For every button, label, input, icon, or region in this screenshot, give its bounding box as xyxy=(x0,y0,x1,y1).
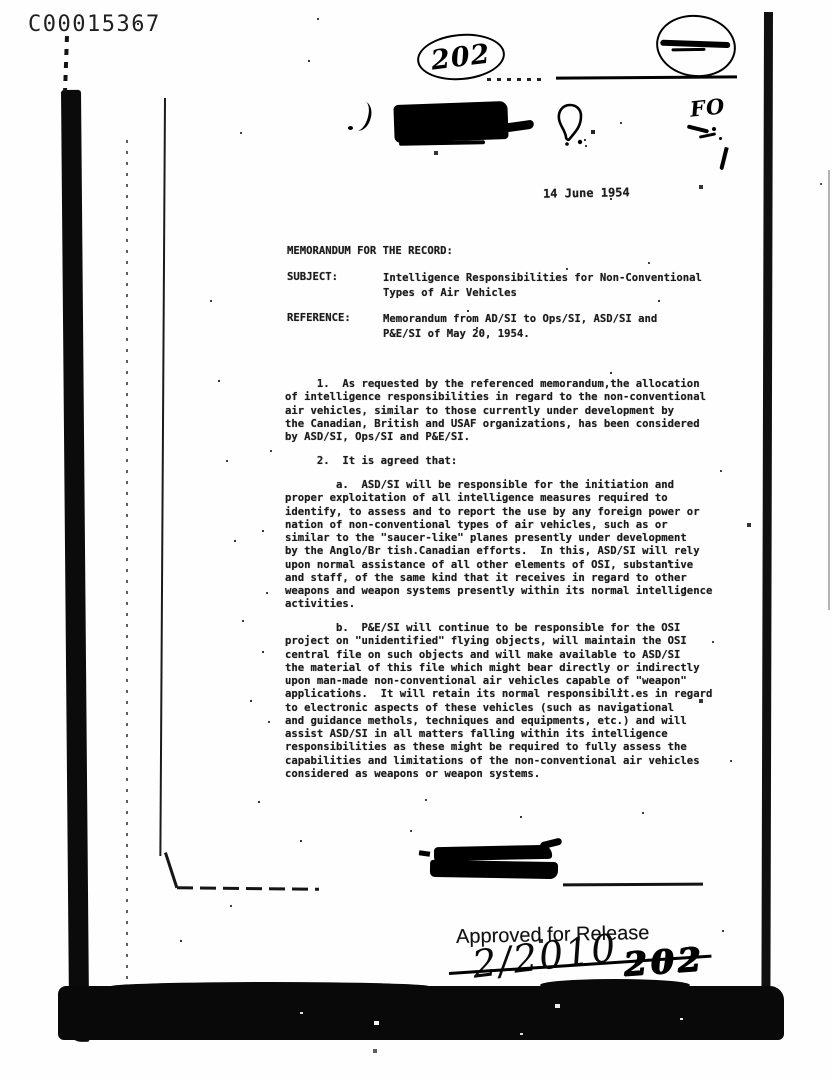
page-edge-left xyxy=(61,90,89,1042)
strike-squiggle xyxy=(671,48,705,52)
scan-bottom-bar xyxy=(58,986,784,1040)
ink-squiggle xyxy=(699,132,716,138)
paragraph-1: 1. As requested by the referenced memora… xyxy=(285,378,706,444)
memo-date: 14 June 1954 xyxy=(543,186,630,201)
scan-edge-line xyxy=(828,170,830,610)
perforation-dots xyxy=(126,140,128,1000)
paragraph-2: 2. It is agreed that: xyxy=(285,455,457,468)
strike-mark xyxy=(660,40,730,48)
subject-text: Intelligence Responsibilities for Non-Co… xyxy=(383,271,702,300)
document-id: C00015367 xyxy=(28,12,161,37)
page-edge-right xyxy=(761,12,773,990)
ink-squiggle xyxy=(687,124,709,133)
memo-heading: MEMORANDUM FOR THE RECORD: xyxy=(287,245,453,258)
crossed-out-circle-annotation xyxy=(653,10,740,81)
ink-scribble-underline xyxy=(399,140,485,146)
redaction-band xyxy=(434,845,552,861)
scanned-memo-page: C00015367 202 FO 14 June 1954 MEMORANDUM… xyxy=(0,0,833,1080)
ink-scribble-redaction xyxy=(393,101,508,143)
signature-redaction xyxy=(428,842,562,884)
page-number-text: 202 xyxy=(430,38,493,76)
fold-dash-rule xyxy=(177,886,319,890)
scan-bottom-bar-specks xyxy=(0,0,3,2)
reference-label: REFERENCE: xyxy=(287,312,351,325)
redaction-band xyxy=(430,860,558,879)
circled-page-number: 202 xyxy=(415,30,507,83)
ink-dot xyxy=(719,137,722,140)
fo-annotation: FO xyxy=(689,93,727,122)
top-right-rule xyxy=(556,75,737,79)
redaction-lead xyxy=(419,850,431,856)
redaction-spur xyxy=(539,837,562,849)
ink-dot xyxy=(712,127,716,131)
fold-line-bend xyxy=(164,852,178,888)
paragraph-2a: a. ASD/SI will be responsible for the in… xyxy=(285,479,712,612)
top-right-rule-dots xyxy=(487,78,547,81)
signature-line xyxy=(563,883,703,887)
ink-stroke xyxy=(719,147,728,170)
page-edge-left-dashes xyxy=(63,36,69,92)
reference-text: Memorandum from AD/SI to Ops/SI, ASD/SI … xyxy=(383,312,657,341)
paragraph-2b: b. P&E/SI will continue to be responsibl… xyxy=(285,622,712,781)
ink-dot xyxy=(348,126,353,130)
fold-line xyxy=(159,98,166,856)
balloon-ink-mark xyxy=(553,101,589,147)
subject-label: SUBJECT: xyxy=(287,271,338,284)
